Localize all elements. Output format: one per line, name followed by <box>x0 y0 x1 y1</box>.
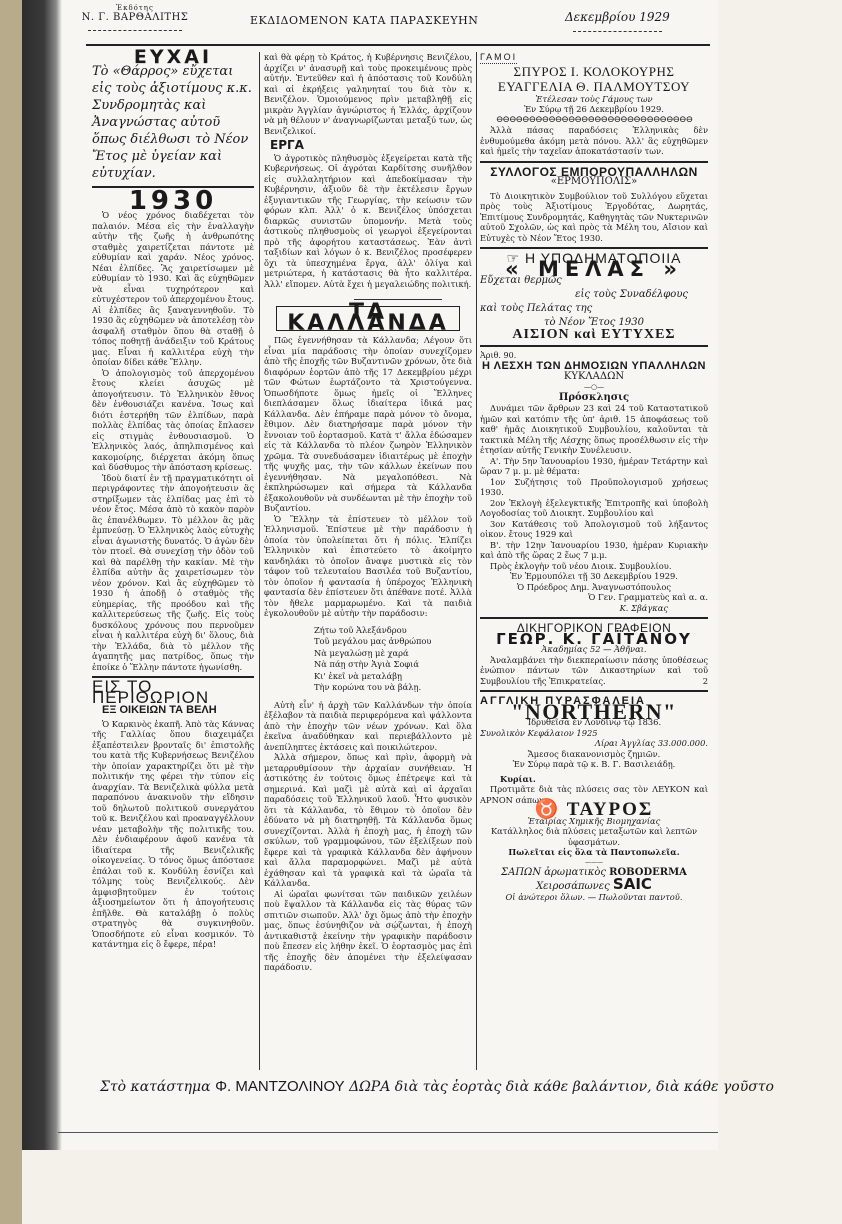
club-item: Α'. Τὴν 5ην Ἰανουαρίου 1930, ἡμέραν Τετά… <box>480 456 708 477</box>
soap-prefix: ΣΑΠΩΝ ἀρωματικὸς <box>501 867 606 878</box>
soap-line: ΣΑΠΩΝ ἀρωματικὸς ROBODERMA <box>480 868 708 879</box>
carols-title: ΤΑ ΚΑΛΛΑΝΔΑ <box>276 306 460 331</box>
club-place-date: Ἐν Ἑρμουπόλει τῇ 30 Δεκεμβρίου 1929. <box>480 571 708 582</box>
flourish-ornament-icon <box>573 27 662 32</box>
poem-line: Τοῦ μεγάλου μας ἀνθρώπου <box>314 636 472 648</box>
club-item: 3ον Κατάθεσις τοῦ Ἀπολογισμοῦ τοῦ λήξαντ… <box>480 519 708 540</box>
publisher-label: Ἐκδότης <box>80 4 190 12</box>
tauros-brand: ♉ ΤΑΥΡΟΣ <box>480 805 708 816</box>
poem-line: Τὴν κορώνα του νὰ βάλῃ. <box>314 682 472 694</box>
club-president: Ὁ Πρόεδρος Δημ. Ἀναγνωστόπουλος <box>480 582 708 593</box>
weddings-place-date: Ἐν Σύρῳ τῇ 26 Δεκεμβρίου 1929. <box>480 104 708 115</box>
ladies-heading: Κυρίαι. <box>500 774 708 785</box>
club-body: Δυνάμει τῶν ἄρθρων 23 καὶ 24 τοῦ Καταστα… <box>480 403 708 456</box>
club-secretary-name: Κ. Σβάγκας <box>480 603 708 614</box>
melas-brand: « ΜΕΛΑΣ » <box>480 264 708 275</box>
bottom-rule <box>58 1132 718 1133</box>
carols-paragraph: Αὐτὴ εἶν' ἡ ἀρχὴ τῶν Καλλάνδων τὴν ὁποία… <box>264 700 472 753</box>
publisher-box: Ἐκδότης Ν. Γ. ΒΑΡΘΑΛΙΤΗΣ <box>80 4 190 31</box>
column-2: καὶ θὰ φέρῃ τὸ Κράτος, ἡ Κυβέρνησις Βενι… <box>264 52 472 973</box>
club-item: Πρὸς ἐκλογὴν τοῦ νέου Διοικ. Συμβουλίου. <box>480 561 708 572</box>
club-heading: Πρόσκλησις <box>480 393 708 404</box>
editorial-paragraph: Ἰδοὺ διατί ἐν τῇ πραγματικότητι οἱ περιγ… <box>92 473 254 673</box>
carols-paragraph: Ὁ Ἕλλην τὰ ἐπίστευεν τὸ μέλλον τοῦ Ἑλλην… <box>264 514 472 619</box>
soap-prefix: Χειροσάπωνες <box>536 881 610 892</box>
poem-line: Κι' ἐκεῖ νὰ μεταλάβῃ <box>314 671 472 683</box>
club-secretary: Ὁ Γεν. Γραμματεὺς καὶ α. α. <box>480 592 708 603</box>
bride-name: ΕΥΑΓΓΕΛΙΑ Θ. ΠΑΛΜΟΥΤΣΟΥ <box>480 79 708 94</box>
column-divider <box>259 52 260 1070</box>
tauros-factory: Ἑταιρίας Χημικῆς Βιομηχανίας <box>480 816 708 827</box>
soap-line: Χειροσάπωνες SAIC <box>480 879 708 893</box>
divider-ornament-icon: —○— <box>480 382 708 393</box>
margin-section-body: Ὁ Καρκινὸς ἐκαπῆ. Ἀπὸ τὰς Κάννας τῆς Γαλ… <box>92 719 254 950</box>
flourish-ornament-icon <box>88 26 182 31</box>
insurance-line: Λίραι Ἀγγλίας 33.000.000. <box>480 738 708 749</box>
melas-wish: ΑΙΣΙΟΝ καὶ ΕΥΤΥΧΕΣ <box>480 330 708 341</box>
section-rule <box>480 617 708 619</box>
melas-text: Εὔχεται θερμῶς εἰς τοὺς Συναδέλφους καὶ … <box>480 274 708 330</box>
publication-frequency: ΕΚΔΙΔΟΜΕΝΟΝ ΚΑΤΑ ΠΑΡΑΣΚΕΥΗΝ <box>250 14 478 27</box>
ad-number: 2 <box>693 676 708 687</box>
footer-prefix: Στὸ κατάστημα <box>100 1079 211 1095</box>
weddings-line: Ἐτέλεσαν τοὺς Γάμους των <box>480 94 708 105</box>
margin-section-subtitle: ΕΞ ΟΙΚΕΙΩΝ ΤΑ ΒΕΛΗ <box>102 705 254 716</box>
lawyer-body-text: Ἀναλαμβάνει τὴν διεκπεραίωσιν πάσης ὑποθ… <box>480 655 708 686</box>
club-title: Η ΛΕΣΧΗ ΤΩΝ ΔΗΜΟΣΙΩΝ ΥΠΑΛΛΗΛΩΝ <box>480 361 708 372</box>
chain-ornament-icon: ⊖⊖⊖⊖⊖⊖⊖⊖⊖⊖⊖⊖⊖⊖⊖⊖⊖⊖⊖⊖⊖⊖⊖⊖⊖⊖⊖⊖⊖⊖ <box>480 115 708 126</box>
margin-section-title: ΕΙΣ ΤΟ ΠΕΡΙΘΩΡΙΟΝ <box>92 682 254 703</box>
column-1: ΕΥΧΑΙ Τὸ «Θάρρος» εὔχεται εἰς τοὺς ἀξιοτ… <box>92 52 254 950</box>
club-item: Β'. τὴν 12ην Ἰανουαρίου 1930, ἡμέραν Κυρ… <box>480 540 708 561</box>
carols-poem: Ζήτω τοῦ Ἀλεξάνδρου Τοῦ μεγάλου μας ἀνθρ… <box>314 625 472 694</box>
carols-paragraph: Πῶς ἐγεννήθησαν τὰ Κάλλανδα; Λέγουν ὅτι … <box>264 335 472 514</box>
tauros-suitable: Κατάλληλος διὰ πλύσεις μεταξωτῶν καὶ λεπ… <box>480 826 708 847</box>
column-3: ΓΑΜΟΙ ΣΠΥΡΟΣ Ι. ΚΟΛΟΚΟΥΡΗΣ ΕΥΑΓΓΕΛΙΑ Θ. … <box>480 52 708 903</box>
poem-line: Νὰ μεγαλώσῃ μὲ χαρά <box>314 648 472 660</box>
poem-line: Ζήτω τοῦ Ἀλεξάνδρου <box>314 625 472 637</box>
melas-line: εἰς τοὺς Συναδέλφους <box>480 288 708 302</box>
works-title: ΕΡΓΑ <box>270 140 472 151</box>
column-divider <box>476 52 477 1070</box>
continued-text: καὶ θὰ φέρῃ τὸ Κράτος, ἡ Κυβέρνησις Βενι… <box>264 52 472 136</box>
lawyer-name: ΓΕΩΡ. Κ. ΓΑΪΤΑΝΟΥ <box>480 634 708 645</box>
merchants-body: Τὸ Διοικητικὸν Συμβούλιον τοῦ Συλλόγου ε… <box>480 191 708 244</box>
club-item: 1ον Συζήτησις τοῦ Προϋπολογισμοῦ χρήσεως… <box>480 477 708 498</box>
tauros-sold: Πωλεῖται εἰς ὅλα τὰ Παντοπωλεῖα. <box>480 847 708 858</box>
footer-suffix: ΔΩΡΑ διὰ τὰς ἑορτὰς διὰ κάθε βαλάντιον, … <box>349 1079 774 1095</box>
melas-line: καὶ τοὺς Πελάτας της <box>480 302 708 316</box>
footer-shop-name: Φ. ΜΑΝΤΖΟΛΙΝΟΥ <box>215 1078 345 1095</box>
publisher-name: Ν. Γ. ΒΑΡΘΑΛΙΤΗΣ <box>80 12 190 23</box>
carols-paragraph: Αἱ ὡραῖαι φωνίτσαι τῶν παιδικῶν χειλέων … <box>264 889 472 973</box>
insurance-line: Ἄμεσος διακανονισμὸς ζημιῶν. <box>480 749 708 760</box>
editorial-paragraph: Ὁ νέος χρόνος διαδέχεται τὸν παλαιόν. Μέ… <box>92 210 254 368</box>
section-rule <box>354 293 442 300</box>
carols-paragraph: Ἀλλὰ σήμερον, ὅπως καὶ πρὶν, ἀφορμὴ νὰ μ… <box>264 752 472 889</box>
saic-brand: SAIC <box>613 875 652 893</box>
works-body: Ὁ ἀγροτικὸς πληθυσμὸς ἐξεγείρεται κατὰ τ… <box>264 153 472 290</box>
lawyer-body: Ἀναλαμβάνει τὴν διεκπεραίωσιν πάσης ὑποθ… <box>480 655 708 687</box>
club-subtitle: ΚΥΚΛΑΔΩΝ <box>480 372 708 383</box>
masthead: Ἐκδότης Ν. Γ. ΒΑΡΘΑΛΙΤΗΣ ΕΚΔΙΔΟΜΕΝΟΝ ΚΑΤ… <box>80 4 720 44</box>
greeting-body: Τὸ «Θάρρος» εὔχεται εἰς τοὺς ἀξιοτίμους … <box>92 63 254 182</box>
weddings-label: ΓΑΜΟΙ <box>480 52 517 64</box>
groom-name: ΣΠΥΡΟΣ Ι. ΚΟΛΟΚΟΥΡΗΣ <box>480 64 708 79</box>
soap-tagline: Οἱ ἀνώτεροι ὅλων. — Πωλοῦνται παντοῦ. <box>480 892 708 903</box>
section-rule <box>480 161 708 163</box>
section-rule <box>480 345 708 347</box>
section-rule <box>480 247 708 249</box>
weddings-note: Ἀλλὰ πάσας παραδόσεις Ἑλληνικὰς δὲν ἐνθυ… <box>480 125 708 157</box>
editorial-title: 1930 <box>92 196 254 207</box>
issue-date-text: Δεκεμβρίου 1929 <box>565 10 670 24</box>
section-rule <box>480 690 708 692</box>
club-item: 2ον Ἐκλογὴ ἐξελεγκτικῆς Ἐπιτροπῆς καὶ ὑπ… <box>480 498 708 519</box>
footer-advert: Στὸ κατάστημα Φ. ΜΑΝΤΖΟΛΙΝΟΥ ΔΩΡΑ διὰ τὰ… <box>100 1078 774 1095</box>
editorial-paragraph: Ὁ ἀπολογισμὸς τοῦ ἀπερχομένου ἔτους κλεί… <box>92 368 254 473</box>
merchants-subtitle: «ΕΡΜΟΥΠΟΛΙΣ» <box>480 177 708 188</box>
issue-date: Δεκεμβρίου 1929 <box>565 10 670 32</box>
greeting-title: ΕΥΧΑΙ <box>92 52 254 63</box>
insurance-line: Ἐν Σύρῳ παρὰ τῷ κ. Β. Γ. Βασιλειάδῃ. <box>480 759 708 770</box>
poem-line: Νὰ πάῃ στὴν Ἁγιὰ Σοφιά <box>314 659 472 671</box>
insurance-line: Συνολικὸν Κεφάλαιον 1925 <box>480 728 708 739</box>
scan-binding-shadow <box>22 0 62 1150</box>
scan-background-edge <box>0 0 22 1224</box>
insurance-name: "NORTHERN" <box>480 707 708 718</box>
